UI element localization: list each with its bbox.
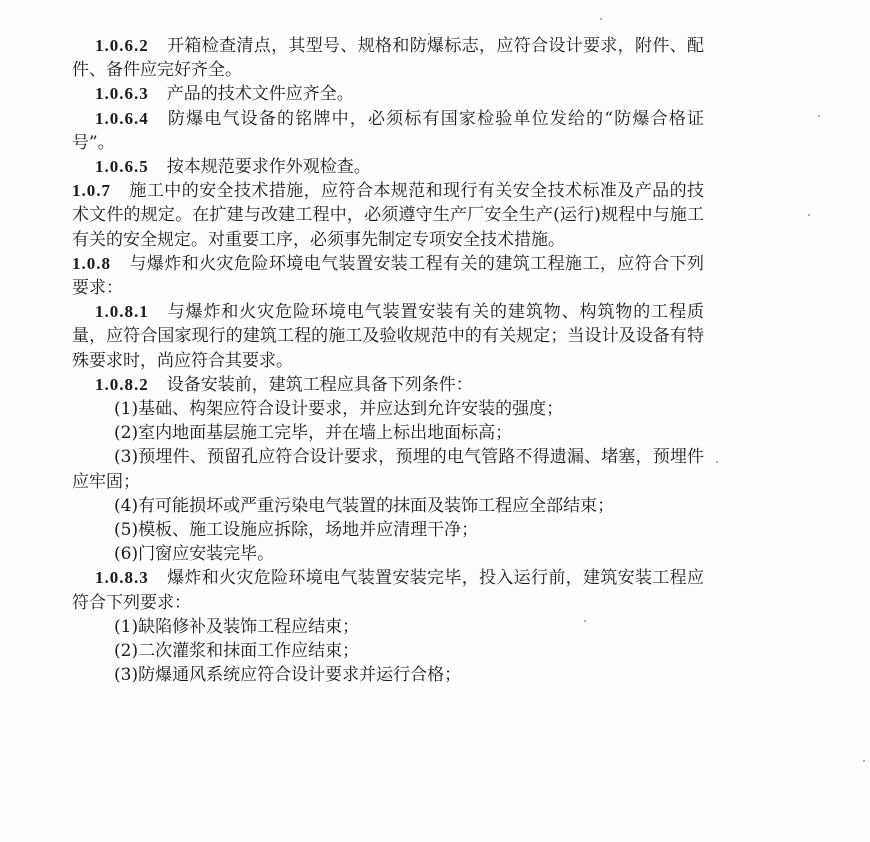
list-item-text: (2)室内地面基层施工完毕，并在墙上标出地面标高；	[114, 423, 512, 443]
scan-speck	[600, 18, 602, 20]
clause-number: 1.0.6.3	[95, 84, 149, 103]
clause-1-0-6-3: 1.0.6.3产品的技术文件应齐全。	[72, 82, 704, 106]
clause-text: 按本规范要求作外观检查。	[167, 157, 371, 177]
list-item-1-0-8-2-6: (6)门窗应安装完毕。	[72, 542, 704, 566]
clause-1-0-8: 1.0.8与爆炸和火灾危险环境电气装置安装工程有关的建筑工程施工，应符合下列要求…	[72, 252, 704, 300]
list-item-1-0-8-2-1: (1)基础、构架应符合设计要求，并应达到允许安装的强度；	[72, 397, 704, 421]
clause-1-0-6-5: 1.0.6.5按本规范要求作外观检查。	[72, 155, 704, 179]
clause-text: 防爆电气设备的铭牌中，必须标有国家检验单位发给的“防爆合格证号”。	[72, 109, 704, 153]
scan-speck	[716, 461, 718, 463]
clause-number: 1.0.7	[72, 181, 111, 200]
clause-text: 产品的技术文件应齐全。	[167, 84, 354, 104]
clause-text: 与爆炸和火灾危险环境电气装置安装工程有关的建筑工程施工，应符合下列要求：	[72, 254, 704, 298]
clause-text: 施工中的安全技术措施，应符合本规范和现行有关安全技术标准及产品的技术文件的规定。…	[72, 181, 704, 249]
list-item-text: (2)二次灌浆和抹面工作应结束；	[114, 641, 359, 661]
scan-speck	[392, 507, 394, 509]
clause-number: 1.0.8.1	[95, 302, 149, 321]
scan-speck	[428, 33, 430, 35]
scan-speck	[808, 214, 810, 216]
list-item-1-0-8-2-2: (2)室内地面基层施工完毕，并在墙上标出地面标高；	[72, 421, 704, 445]
clause-number: 1.0.6.4	[95, 109, 149, 128]
scan-speck	[818, 115, 820, 117]
list-item-1-0-8-3-3: (3)防爆通风系统应符合设计要求并运行合格；	[72, 663, 704, 687]
clause-number: 1.0.6.2	[95, 36, 149, 55]
clause-1-0-8-2: 1.0.8.2设备安装前，建筑工程应具备下列条件：	[72, 373, 704, 397]
clause-1-0-8-1: 1.0.8.1与爆炸和火灾危险环境电气装置安装有关的建筑物、构筑物的工程质量，应…	[72, 300, 704, 373]
scan-speck	[584, 620, 586, 622]
list-item-1-0-8-3-1: (1)缺陷修补及装饰工程应结束；	[72, 615, 704, 639]
list-item-text: (3)预埋件、预留孔应符合设计要求，预埋的电气管路不得遗漏、堵塞，预埋件应牢固；	[72, 447, 704, 491]
clause-number: 1.0.8.2	[95, 375, 149, 394]
scan-speck	[863, 760, 865, 762]
clause-text: 与爆炸和火灾危险环境电气装置安装有关的建筑物、构筑物的工程质量，应符合国家现行的…	[72, 302, 704, 370]
document-body: 1.0.6.2开箱检查清点，其型号、规格和防爆标志，应符合设计要求，附件、配件、…	[72, 34, 704, 687]
list-item-text: (3)防爆通风系统应符合设计要求并运行合格；	[114, 665, 461, 685]
list-item-1-0-8-2-5: (5)模板、施工设施应拆除，场地并应清理干净；	[72, 518, 704, 542]
clause-1-0-6-4: 1.0.6.4防爆电气设备的铭牌中，必须标有国家检验单位发给的“防爆合格证号”。	[72, 107, 704, 155]
clause-number: 1.0.8	[72, 254, 111, 273]
scan-speck	[457, 332, 459, 334]
list-item-text: (5)模板、施工设施应拆除，场地并应清理干净；	[114, 520, 478, 540]
scanned-page: 1.0.6.2开箱检查清点，其型号、规格和防爆标志，应符合设计要求，附件、配件、…	[0, 0, 870, 842]
list-item-1-0-8-2-4: (4)有可能损坏或严重污染电气装置的抹面及装饰工程应全部结束；	[72, 494, 704, 518]
list-item-text: (4)有可能损坏或严重污染电气装置的抹面及装饰工程应全部结束；	[114, 496, 614, 516]
clause-1-0-7: 1.0.7施工中的安全技术措施，应符合本规范和现行有关安全技术标准及产品的技术文…	[72, 179, 704, 252]
list-item-text: (6)门窗应安装完毕。	[114, 544, 274, 564]
clause-1-0-8-3: 1.0.8.3爆炸和火灾危险环境电气装置安装完毕，投入运行前，建筑安装工程应符合…	[72, 566, 704, 614]
clause-text: 设备安装前，建筑工程应具备下列条件：	[167, 375, 473, 395]
list-item-text: (1)基础、构架应符合设计要求，并应达到允许安装的强度；	[114, 399, 563, 419]
clause-number: 1.0.6.5	[95, 157, 149, 176]
list-item-text: (1)缺陷修补及装饰工程应结束；	[114, 617, 359, 637]
list-item-1-0-8-2-3: (3)预埋件、预留孔应符合设计要求，预埋的电气管路不得遗漏、堵塞，预埋件应牢固；	[72, 445, 704, 493]
clause-number: 1.0.8.3	[95, 568, 149, 587]
list-item-1-0-8-3-2: (2)二次灌浆和抹面工作应结束；	[72, 639, 704, 663]
clause-text: 开箱检查清点，其型号、规格和防爆标志，应符合设计要求，附件、配件、备件应完好齐全…	[72, 36, 704, 80]
clause-text: 爆炸和火灾危险环境电气装置安装完毕，投入运行前，建筑安装工程应符合下列要求：	[72, 568, 704, 612]
clause-1-0-6-2: 1.0.6.2开箱检查清点，其型号、规格和防爆标志，应符合设计要求，附件、配件、…	[72, 34, 704, 82]
